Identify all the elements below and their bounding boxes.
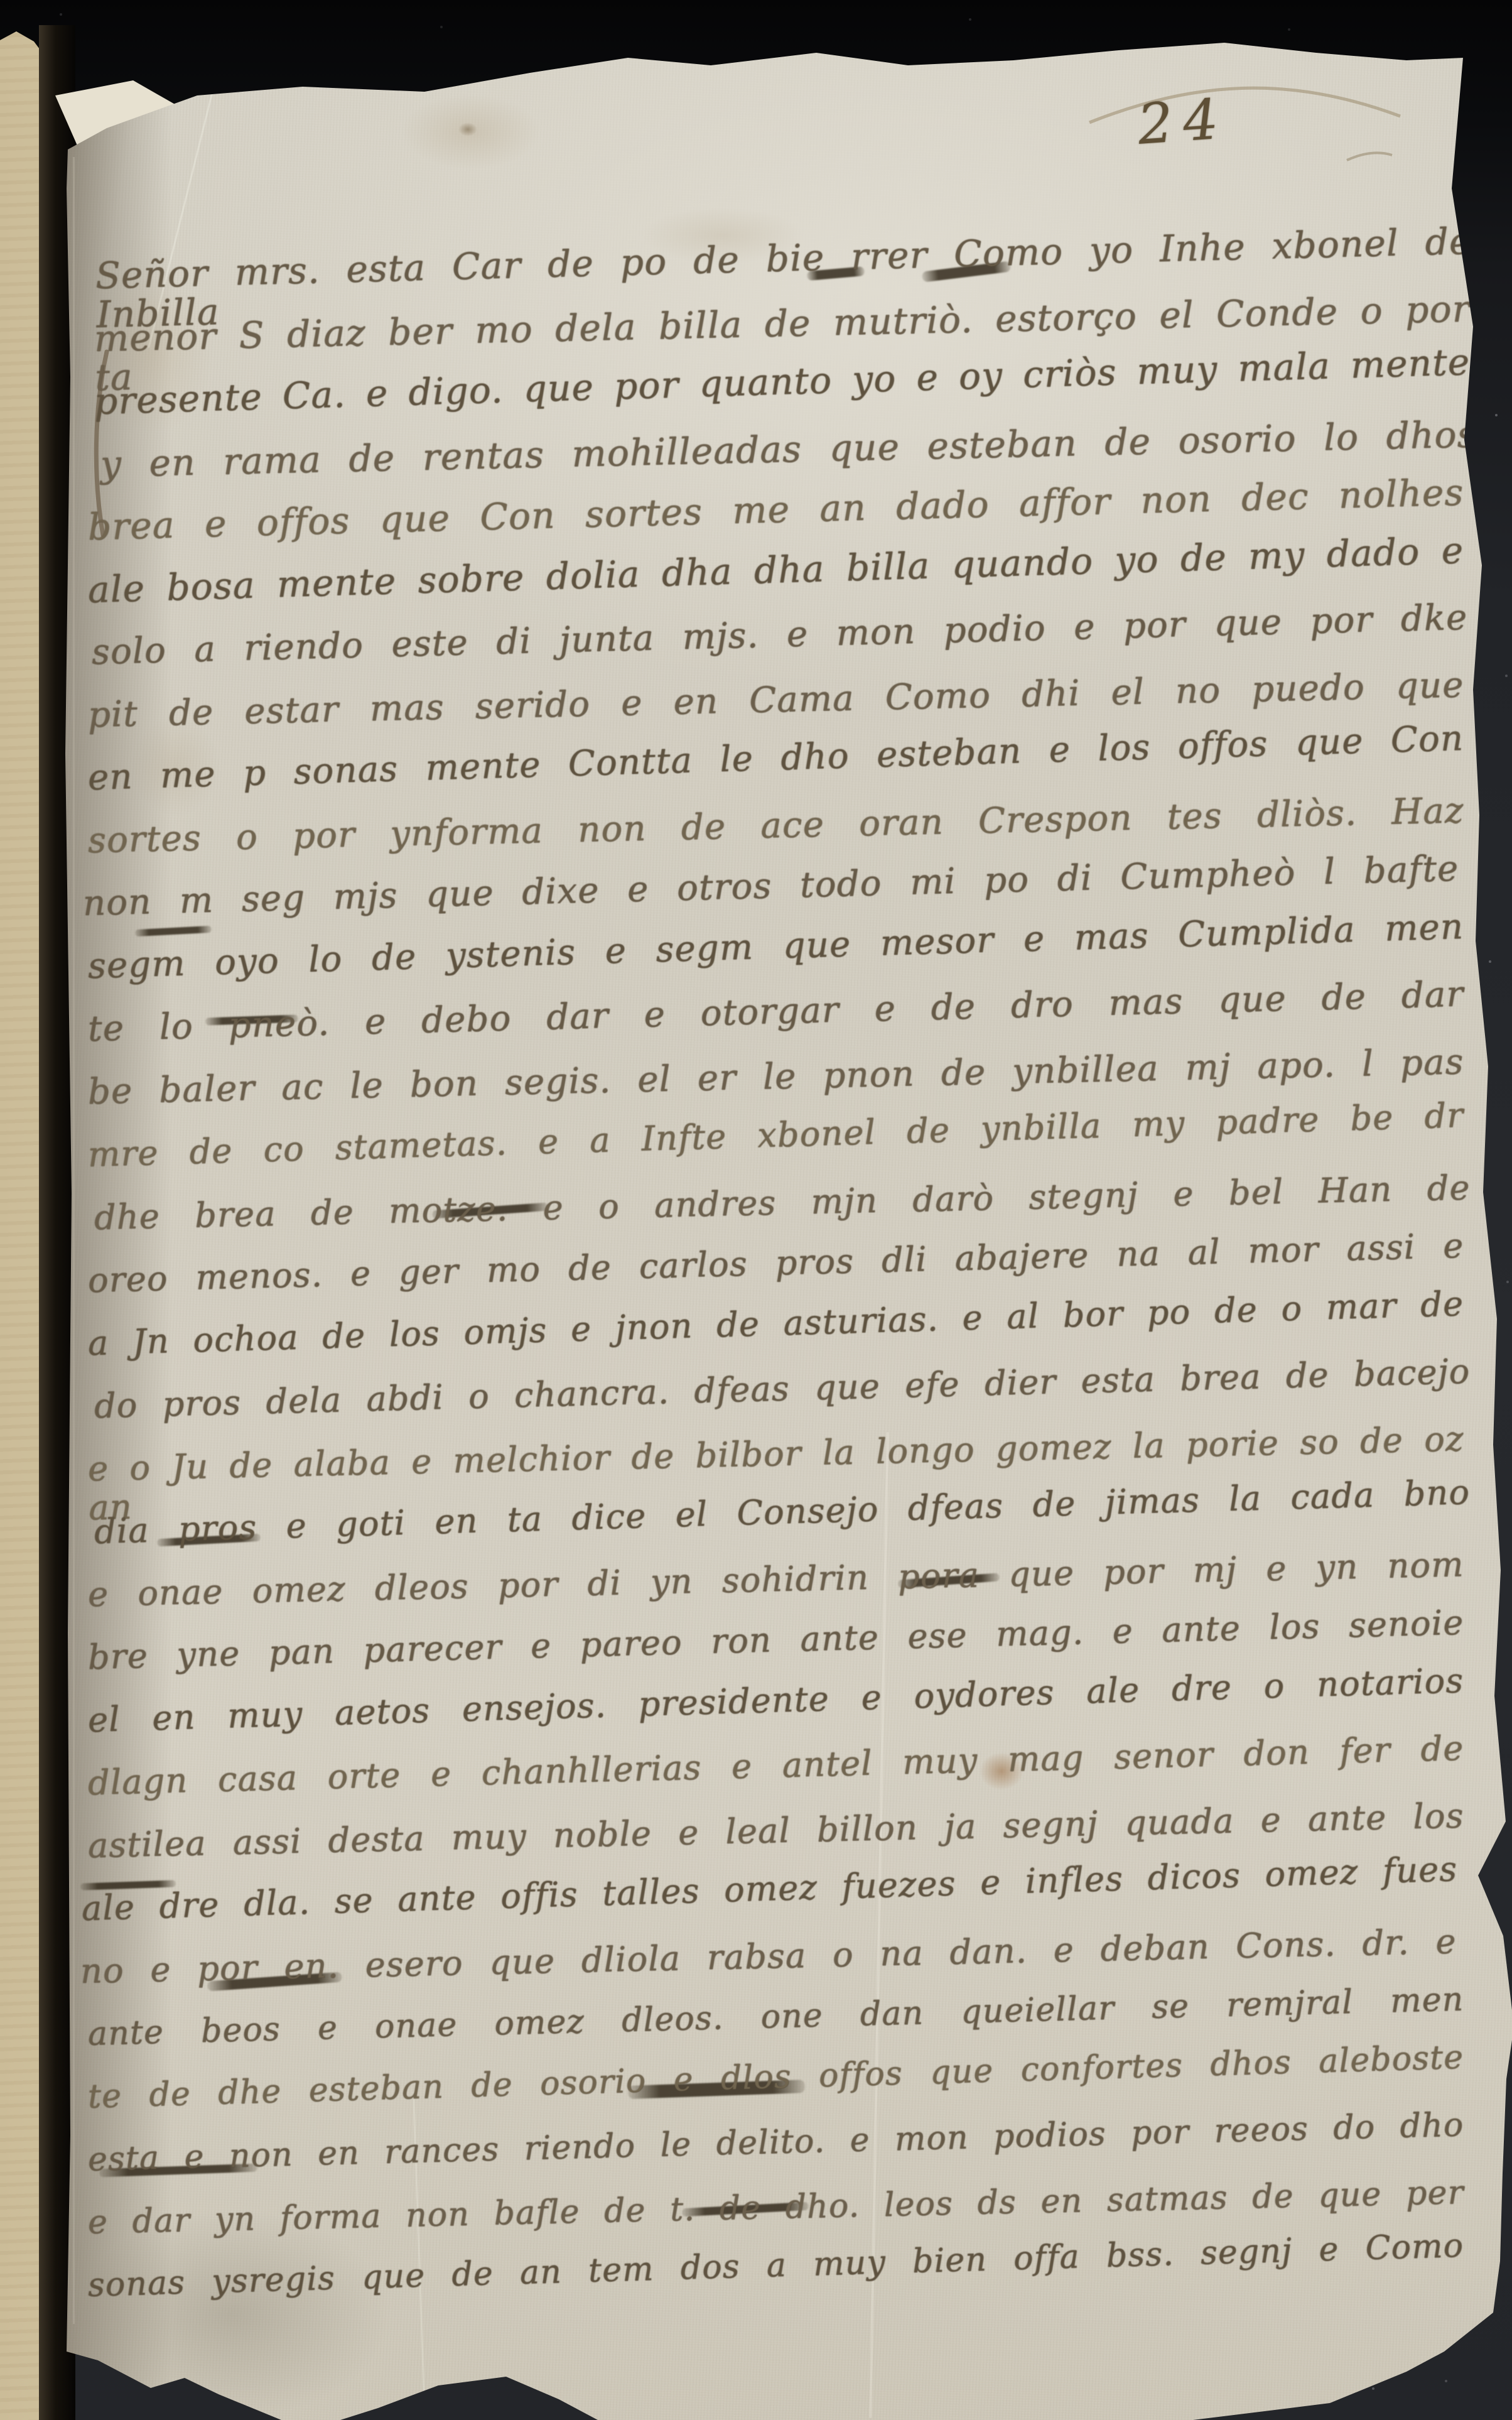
manuscript-line: dlagn casa orte e chanhllerias e antel m… [87,1729,1464,1805]
paper-stain [458,122,477,136]
manuscript-line: sortes o por ynforma non de ace oran Cre… [87,791,1464,863]
manuscript-line: no e por en. esero que dliola rabsa o na… [80,1922,1457,1994]
manuscript-photo: 24 Señor mrs. esta Car de po de bie rrer… [0,0,1512,2420]
manuscript-line: dhe brea de motze. e o andres mjn darò s… [94,1168,1471,1240]
binding-gutter-shadow [39,25,75,2420]
manuscript-line: solo a riendo este di junta mjs. e mon p… [91,599,1468,675]
manuscript-line: do pros dela abdi o chancra. dfeas que e… [94,1352,1471,1428]
folio-number: 24 [1136,86,1231,157]
manuscript-line: e onae omez dleos por di yn sohidrin por… [87,1545,1464,1617]
manuscript-page: 24 Señor mrs. esta Car de po de bie rrer… [0,0,1512,2420]
manuscript-line: esta e non en rances riendo le delito. e… [87,2106,1464,2182]
manuscript-line: te lo pneò. e debo dar e otorgar e de dr… [87,975,1464,1051]
dust-specks [0,0,1,1]
